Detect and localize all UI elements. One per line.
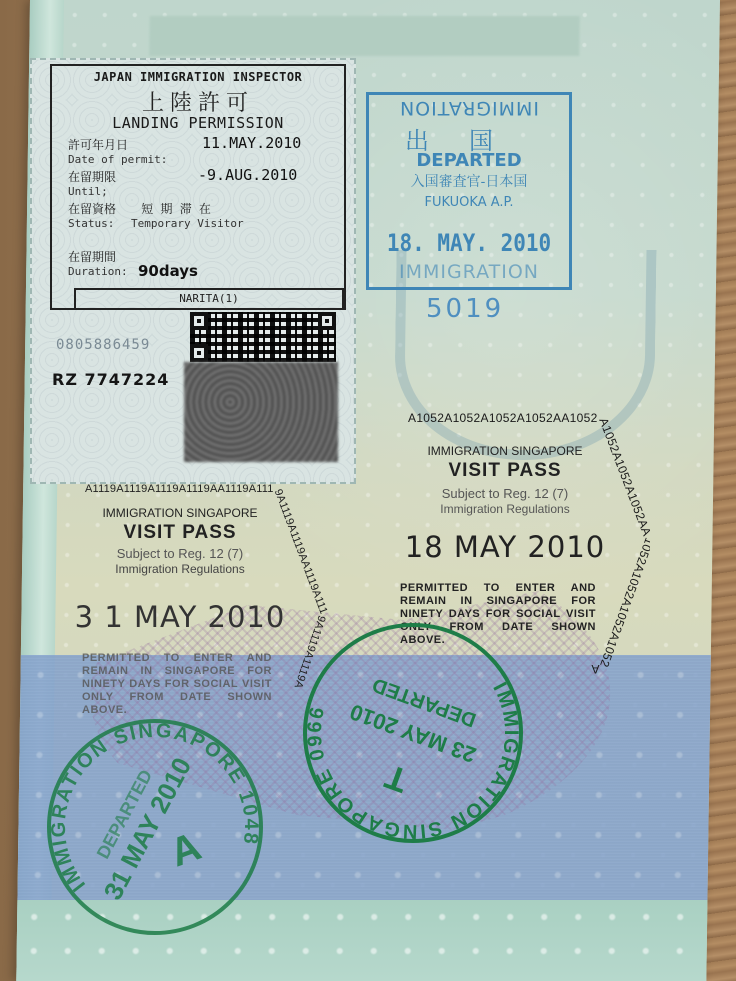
stamp-number: 5019 <box>426 294 504 324</box>
stamp-title: VISIT PASS <box>360 460 650 482</box>
duration-label: Duration: <box>68 265 128 278</box>
stamp-date: 18 MAY 2010 <box>360 530 650 564</box>
singapore-departure-stamp-2: IMMIGRATION SINGAPORE 1048 31 MAY 2010 D… <box>40 712 270 942</box>
qr-code-icon <box>190 312 336 362</box>
stamp-bottom-text: IMMIGRATION <box>369 261 569 283</box>
circular-stamp-icon: IMMIGRATION SINGAPORE 1048 31 MAY 2010 D… <box>40 712 270 942</box>
status-label-jp: 在留資格 短 期 滞 在 <box>68 200 244 217</box>
date-of-permit: 11.MAY.2010 <box>202 134 301 152</box>
stamp-date: 18. MAY. 2010 <box>369 229 569 257</box>
until-label-jp: 在留期限 <box>68 168 116 185</box>
singapore-visit-pass-stamp-2: A1119A1119A1119A1119AA1119A1119A1119A111… <box>30 482 330 750</box>
stamp-title: VISIT PASS <box>30 522 330 544</box>
date-of-permit-label: Date of permit: <box>68 153 167 166</box>
stamp-status: DEPARTED <box>369 150 569 171</box>
date-of-permit-label-jp: 許可年月日 <box>68 136 167 153</box>
blurred-photo <box>184 362 338 462</box>
until-label: Until; <box>68 185 116 198</box>
svg-text:T: T <box>380 757 413 800</box>
redacted-header <box>149 16 580 56</box>
stamp-office: 入国審査官-日本国 <box>369 171 569 191</box>
stamp-header: IMMIGRATION SINGAPORE <box>360 444 650 458</box>
svg-text:A: A <box>164 824 206 875</box>
passport-number: RZ 7747224 <box>52 370 169 389</box>
status-label-text: Status: <box>68 217 114 230</box>
stamp-permit-text: PERMITTED TO ENTER AND REMAIN IN SINGAPO… <box>82 652 272 717</box>
singapore-departure-stamp-1: IMMIGRATION SINGAPORE 0966 T 23 MAY 2010… <box>298 618 528 848</box>
duration: 90days <box>138 262 198 280</box>
status-label: Status: Temporary Visitor <box>68 217 244 230</box>
qr-finder-icon <box>190 312 208 330</box>
qr-finder-icon <box>318 312 336 330</box>
stamp-regulations: Immigration Regulations <box>30 562 330 576</box>
stamp-date: 3 1 MAY 2010 <box>30 600 330 634</box>
qr-finder-icon <box>190 344 208 362</box>
until-date: -9.AUG.2010 <box>198 166 297 184</box>
stamp-header: IMMIGRATION SINGAPORE <box>30 506 330 520</box>
stamp-top-text: IMMIGRATION <box>369 97 569 119</box>
japan-landing-permission-sticker: JAPAN IMMIGRATION INSPECTOR 上陸許可 LANDING… <box>30 58 356 484</box>
status-value: Temporary Visitor <box>131 217 244 230</box>
serial-number: 0805886459 <box>56 337 150 353</box>
status-value-jp: 短 期 滞 在 <box>141 202 211 216</box>
stamp-regulations: Immigration Regulations <box>360 502 650 516</box>
japan-departure-stamp: IMMIGRATION 出国 DEPARTED 入国審査官-日本国 FUKUOK… <box>366 92 572 290</box>
title: LANDING PERMISSION <box>52 114 344 132</box>
duration-label-jp: 在留期間 <box>68 248 128 265</box>
permission-box: JAPAN IMMIGRATION INSPECTOR 上陸許可 LANDING… <box>50 64 346 310</box>
title-kanji: 上陸許可 <box>52 86 344 117</box>
circular-stamp-icon: IMMIGRATION SINGAPORE 0966 T 23 MAY 2010… <box>298 618 528 848</box>
status-label-jp-text: 在留資格 <box>68 202 116 216</box>
stamp-port: FUKUOKA A.P. <box>369 195 569 210</box>
inspector-header: JAPAN IMMIGRATION INSPECTOR <box>52 70 344 84</box>
port-of-entry: NARITA(1) <box>74 288 344 308</box>
stamp-subject: Subject to Reg. 12 (7) <box>30 546 330 561</box>
stamp-subject: Subject to Reg. 12 (7) <box>360 486 650 501</box>
